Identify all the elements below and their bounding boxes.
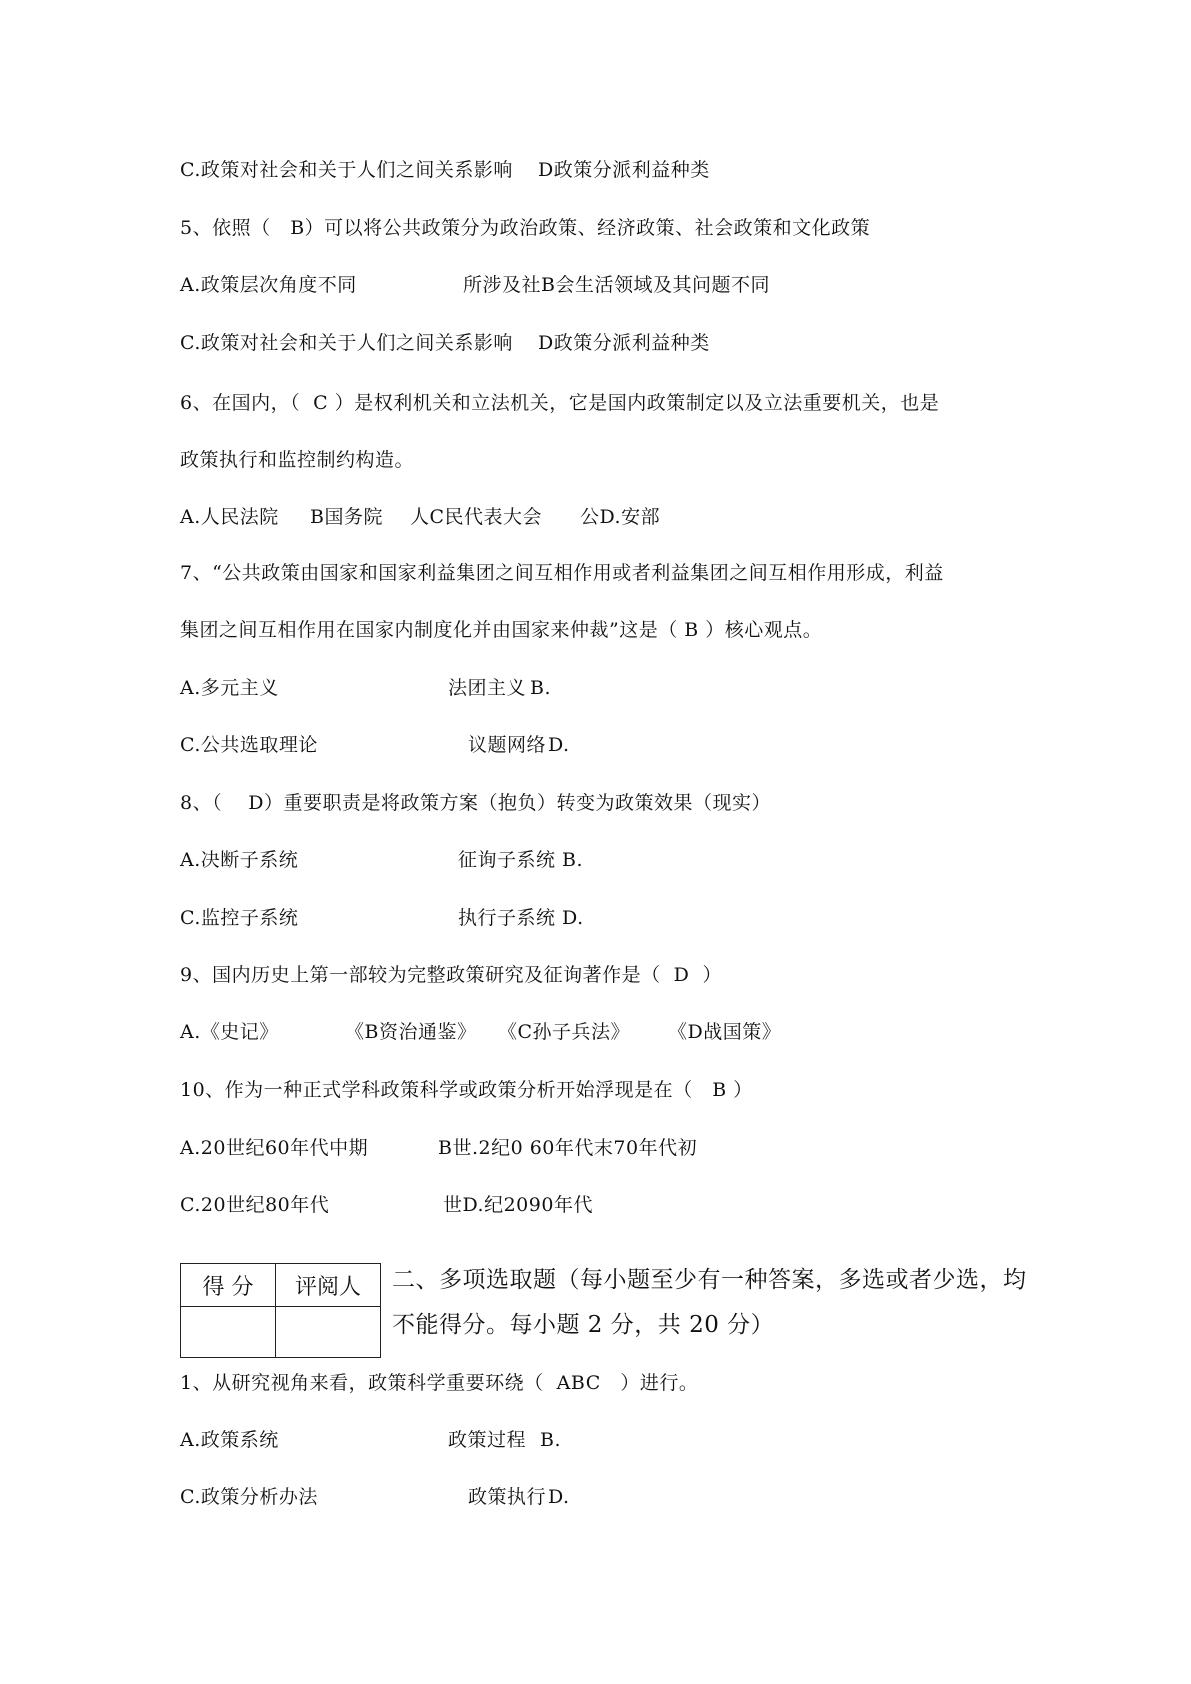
text-line-q9-opts: A.《史记》《B资治通鉴》《C孙子兵法》《D战国策》 <box>180 1020 1080 1044</box>
option-text: D. <box>548 733 570 757</box>
text-line-q7-optC: C.公共选取理论议题网络D. <box>180 733 1080 757</box>
line-text: A.人民法院 <box>180 505 279 529</box>
text-line-q10-optA: A.20世纪60年代中期B世.2纪0 60年代末70年代初 <box>180 1136 1080 1160</box>
text-line-q7-stem-2: 集团之间互相作用在国家内制度化并由国家来仲裁”这是（ B ）核心观点。 <box>180 618 1080 642</box>
line-text: C.监控子系统 <box>180 906 298 930</box>
text-line-q8-optC: C.监控子系统执行子系统 D. <box>180 906 1080 930</box>
line-text: C.政策对社会和关于人们之间关系影响 <box>180 158 513 182</box>
option-text: D. <box>548 1485 570 1509</box>
line-text: 政策执行和监控制约构造。 <box>180 448 414 472</box>
option-text: B. <box>530 676 551 700</box>
text-line-q6-opts: A.人民法院B国务院人C民代表大会公D.安部 <box>180 505 1080 529</box>
text-line-q7-optA: A.多元主义法团主义B. <box>180 676 1080 700</box>
line-text: 1、从研究视角来看，政策科学重要环绕（ ABC ）进行。 <box>180 1371 698 1395</box>
score-cell <box>181 1307 276 1358</box>
option-text: 政策执行 <box>468 1485 546 1509</box>
option-text: 公D.安部 <box>580 505 660 529</box>
text-line-q7-stem-1: 7、“公共政策由国家和国家利益集团之间互相作用或者利益集团之间互相作用形成，利益 <box>180 561 1080 585</box>
line-text: A.《史记》 <box>180 1020 279 1044</box>
option-text: D政策分派利益种类 <box>538 158 710 182</box>
line-text: 8、（ D）重要职责是将政策方案（抱负）转变为政策效果（现实） <box>180 791 771 815</box>
score-header: 得 分 <box>181 1264 276 1307</box>
text-line-q5-optC: C.政策对社会和关于人们之间关系影响D政策分派利益种类 <box>180 331 1080 355</box>
line-text: A.决断子系统 <box>180 848 298 872</box>
option-text: B国务院 <box>310 505 383 529</box>
option-text: 人C民代表大会 <box>410 505 542 529</box>
option-text: D政策分派利益种类 <box>538 331 710 355</box>
line-text: 10、作为一种正式学科政策科学或政策分析开始浮现是在（ B ） <box>180 1078 753 1102</box>
option-text: 《C孙子兵法》 <box>498 1020 630 1044</box>
option-text: B世.2纪0 60年代末70年代初 <box>438 1136 697 1160</box>
text-line-m1-stem: 1、从研究视角来看，政策科学重要环绕（ ABC ）进行。 <box>180 1371 1080 1395</box>
section-title-line-1: 二、多项选取题（每小题至少有一种答案，多选或者少选，均 <box>392 1265 1027 1295</box>
line-text: C.政策分析办法 <box>180 1485 318 1509</box>
text-line-m1-optA: A.政策系统政策过程B. <box>180 1428 1080 1452</box>
text-line-m1-optC: C.政策分析办法政策执行D. <box>180 1485 1080 1509</box>
option-text: 世D.纪2090年代 <box>443 1193 593 1217</box>
grader-header: 评阅人 <box>276 1264 381 1307</box>
text-line-q10-stem: 10、作为一种正式学科政策科学或政策分析开始浮现是在（ B ） <box>180 1078 1080 1102</box>
line-text: A.多元主义 <box>180 676 279 700</box>
grader-cell <box>276 1307 381 1358</box>
line-text: C.政策对社会和关于人们之间关系影响 <box>180 331 513 355</box>
option-text: 法团主义 <box>448 676 526 700</box>
line-text: 5、依照（ B）可以将公共政策分为政治政策、经济政策、社会政策和文化政策 <box>180 216 870 240</box>
line-text: 9、国内历史上第一部较为完整政策研究及征询著作是（ D ） <box>180 963 722 987</box>
text-line-q8-optA: A.决断子系统征询子系统 B. <box>180 848 1080 872</box>
line-text: 6、在国内，（ C ）是权利机关和立法机关，它是国内政策制定以及立法重要机关，也… <box>180 391 939 415</box>
option-text: 《D战国策》 <box>668 1020 781 1044</box>
line-text: C.公共选取理论 <box>180 733 318 757</box>
text-line-q5-optA: A.政策层次角度不同所涉及社B会生活领域及其问题不同 <box>180 273 1080 297</box>
option-text: B. <box>540 1428 561 1452</box>
text-line-q5-stem: 5、依照（ B）可以将公共政策分为政治政策、经济政策、社会政策和文化政策 <box>180 216 1080 240</box>
option-text: 政策过程 <box>448 1428 526 1452</box>
score-table: 得 分 评阅人 <box>180 1263 381 1358</box>
option-text: 执行子系统 D. <box>458 906 584 930</box>
text-line-q10-optC: C.20世纪80年代世D.纪2090年代 <box>180 1193 1080 1217</box>
text-line-q6-stem-1: 6、在国内，（ C ）是权利机关和立法机关，它是国内政策制定以及立法重要机关，也… <box>180 391 1080 415</box>
option-text: 所涉及社B会生活领域及其问题不同 <box>463 273 770 297</box>
line-text: A.政策层次角度不同 <box>180 273 357 297</box>
text-line-q4-optC: C.政策对社会和关于人们之间关系影响D政策分派利益种类 <box>180 158 1080 182</box>
option-text: 议题网络 <box>468 733 546 757</box>
line-text: 7、“公共政策由国家和国家利益集团之间互相作用或者利益集团之间互相作用形成，利益 <box>180 561 944 585</box>
line-text: A.20世纪60年代中期 <box>180 1136 368 1160</box>
line-text: 集团之间互相作用在国家内制度化并由国家来仲裁”这是（ B ）核心观点。 <box>180 618 822 642</box>
option-text: 《B资治通鉴》 <box>345 1020 476 1044</box>
text-line-q8-stem: 8、（ D）重要职责是将政策方案（抱负）转变为政策效果（现实） <box>180 791 1080 815</box>
text-line-q6-stem-2: 政策执行和监控制约构造。 <box>180 448 1080 472</box>
text-line-q9-stem: 9、国内历史上第一部较为完整政策研究及征询著作是（ D ） <box>180 963 1080 987</box>
line-text: A.政策系统 <box>180 1428 279 1452</box>
section-title-line-2: 不能得分。每小题 2 分，共 20 分） <box>392 1310 774 1340</box>
option-text: 征询子系统 B. <box>458 848 583 872</box>
line-text: C.20世纪80年代 <box>180 1193 329 1217</box>
